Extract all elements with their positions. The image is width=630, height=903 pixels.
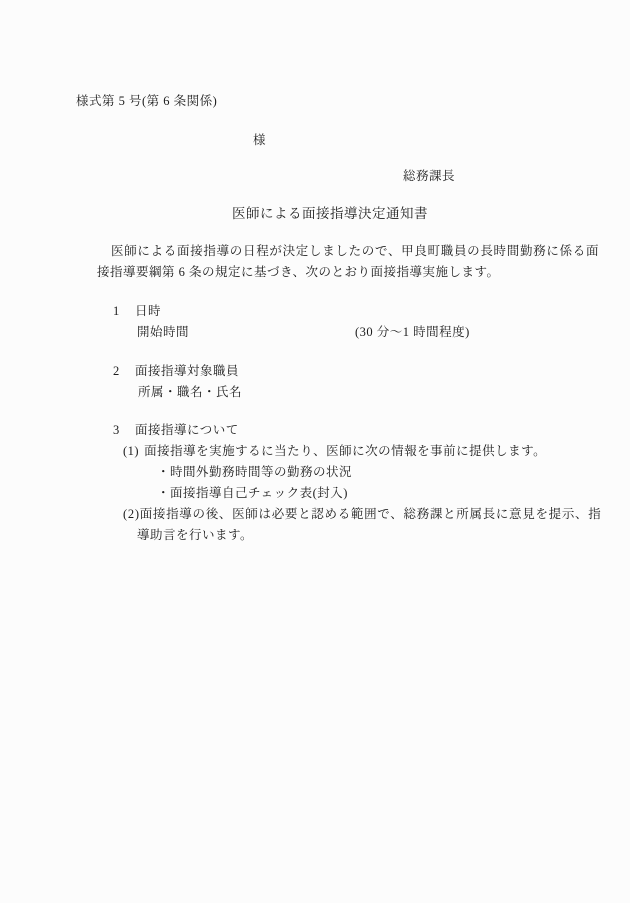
item-1-marker: (1)	[123, 444, 139, 458]
section-3-number: 3	[113, 422, 135, 439]
document-title: 医師による面接指導決定通知書	[232, 205, 428, 223]
addressee-suffix: 様	[253, 132, 266, 149]
section-3-bullet-1: ・時間外勤務時間等の勤務の状況	[157, 464, 352, 481]
section-2-number: 2	[113, 363, 135, 380]
section-2-detail: 所属・職名・氏名	[138, 384, 242, 401]
section-1-number: 1	[113, 303, 135, 320]
body-paragraph-line-2: 接指導要綱第 6 条の規定に基づき、次のとおり面接指導実施します。	[97, 264, 500, 281]
document-page: 様式第 5 号(第 6 条関係) 様 総務課長 医師による面接指導決定通知書 医…	[0, 0, 630, 903]
section-3-bullet-2: ・面接指導自己チェック表(封入)	[157, 485, 348, 502]
section-1-start-time-label: 開始時間	[137, 324, 189, 341]
body-paragraph-line-1: 医師による面接指導の日程が決定しましたので、甲良町職員の長時間勤務に係る面	[111, 243, 599, 260]
item-2-marker: (2)	[123, 507, 140, 521]
section-1-heading: 1日時	[113, 303, 161, 320]
section-3-heading: 3面接指導について	[113, 422, 239, 439]
item-1-text: 面接指導を実施するに当たり、医師に次の情報を事前に提供します。	[144, 444, 546, 458]
form-number: 様式第 5 号(第 6 条関係)	[76, 93, 217, 110]
section-3-item-2-line-1: (2)面接指導の後、医師は必要と認める範囲で、総務課と所属長に意見を提示、指	[123, 506, 601, 523]
section-1-heading-label: 日時	[135, 304, 161, 318]
item-2-text-line-1: 面接指導の後、医師は必要と認める範囲で、総務課と所属長に意見を提示、指	[140, 507, 602, 521]
section-3-heading-label: 面接指導について	[135, 423, 239, 437]
section-1-duration-note: (30 分〜1 時間程度)	[355, 324, 470, 341]
sender-title: 総務課長	[403, 168, 455, 185]
section-2-heading: 2面接指導対象職員	[113, 363, 239, 380]
section-2-heading-label: 面接指導対象職員	[135, 364, 239, 378]
section-3-item-1: (1)面接指導を実施するに当たり、医師に次の情報を事前に提供します。	[123, 443, 546, 460]
section-3-item-2-line-2: 導助言を行います。	[137, 527, 253, 544]
